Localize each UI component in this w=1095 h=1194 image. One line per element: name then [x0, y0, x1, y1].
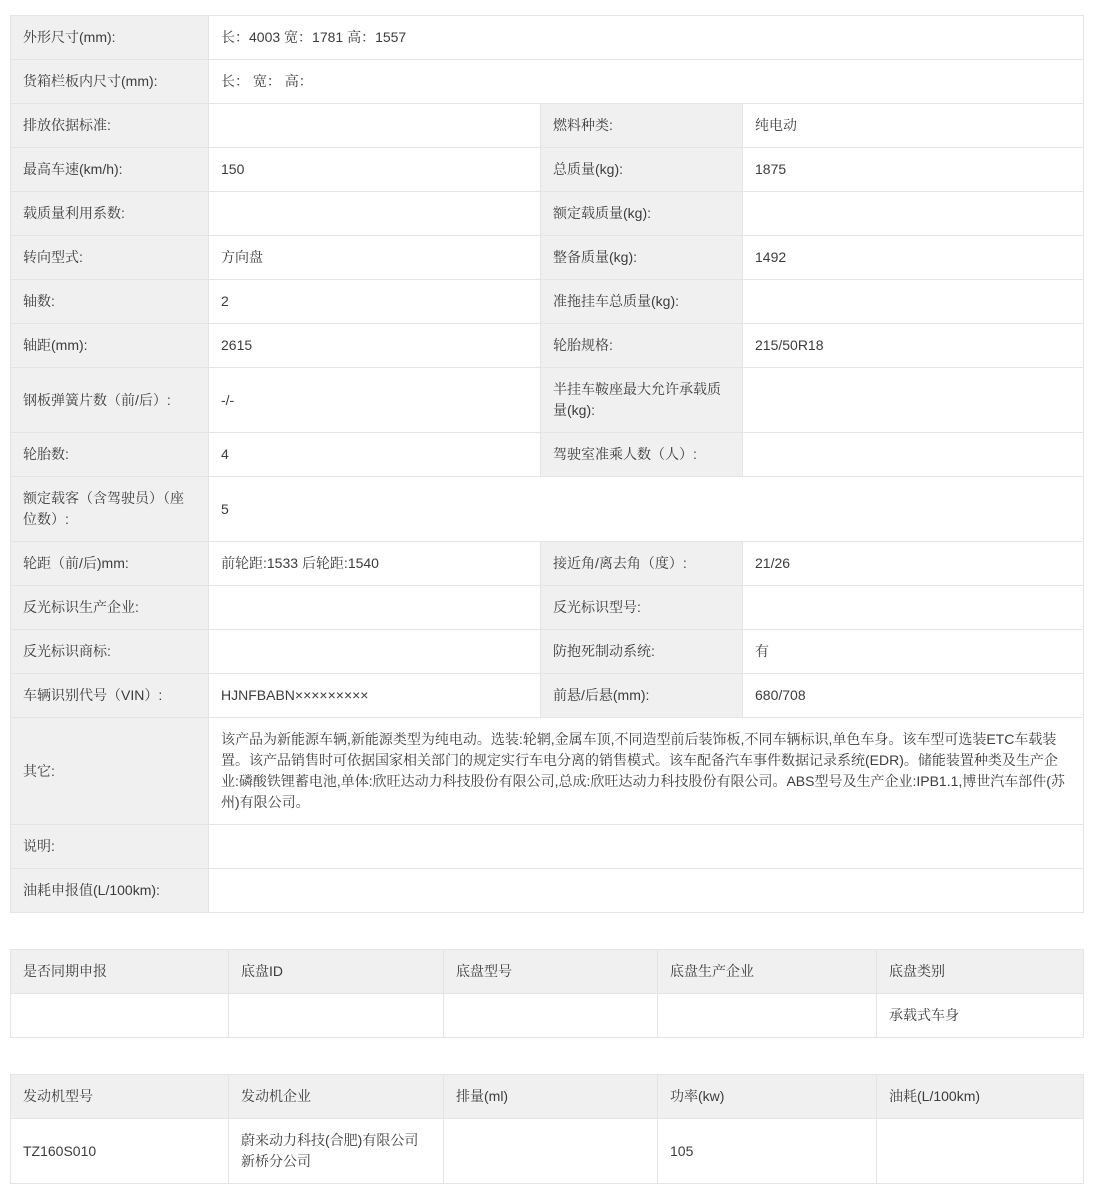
- spec-label: 总质量(kg):: [541, 148, 743, 192]
- spec-label: 准拖挂车总质量(kg):: [541, 280, 743, 324]
- spec-row-cargo-box: 货箱栏板内尺寸(mm): 长： 宽： 高：: [11, 60, 1084, 104]
- spec-value: 长： 宽： 高：: [209, 60, 1084, 104]
- spec-row-other: 其它: 该产品为新能源车辆,新能源类型为纯电动。选装:轮辋,金属车顶,不同造型前…: [11, 718, 1084, 825]
- engine-header: 功率(kw): [658, 1075, 877, 1119]
- spec-value: HJNFBABN×××××××××: [209, 674, 541, 718]
- spec-row-dimensions: 外形尺寸(mm): 长：4003 宽：1781 高：1557: [11, 16, 1084, 60]
- spec-row-vin-overhang: 车辆识别代号（VIN）: HJNFBABN××××××××× 前悬/后悬(mm)…: [11, 674, 1084, 718]
- spec-row-tires-cabseats: 轮胎数: 4 驾驶室准乘人数（人）:: [11, 433, 1084, 477]
- spec-label: 驾驶室准乘人数（人）:: [541, 433, 743, 477]
- spec-value-other-remarks: 该产品为新能源车辆,新能源类型为纯电动。选装:轮辋,金属车顶,不同造型前后装饰板…: [209, 718, 1084, 825]
- spec-value: 纯电动: [743, 104, 1084, 148]
- spec-value: 前轮距:1533 后轮距:1540: [209, 542, 541, 586]
- spec-label: 轴数:: [11, 280, 209, 324]
- spec-value: [209, 192, 541, 236]
- engine-cell-model: TZ160S010: [11, 1119, 229, 1184]
- spec-label: 说明:: [11, 825, 209, 869]
- spec-label: 钢板弹簧片数（前/后）:: [11, 368, 209, 433]
- spec-row-marking-maker-model: 反光标识生产企业: 反光标识型号:: [11, 586, 1084, 630]
- spec-value: 2: [209, 280, 541, 324]
- engine-data-row: TZ160S010 蔚来动力科技(合肥)有限公司新桥分公司 105: [11, 1119, 1084, 1184]
- engine-cell-manufacturer: 蔚来动力科技(合肥)有限公司新桥分公司: [229, 1119, 444, 1184]
- spec-value: 680/708: [743, 674, 1084, 718]
- spec-value: [743, 192, 1084, 236]
- spec-row-loadfactor-ratedload: 载质量利用系数: 额定载质量(kg):: [11, 192, 1084, 236]
- spec-value: 215/50R18: [743, 324, 1084, 368]
- spec-row-seats: 额定载客（含驾驶员）（座位数）: 5: [11, 477, 1084, 542]
- spec-label: 最高车速(km/h):: [11, 148, 209, 192]
- chassis-table: 是否同期申报 底盘ID 底盘型号 底盘生产企业 底盘类别 承载式车身: [10, 949, 1084, 1038]
- spec-label: 燃料种类:: [541, 104, 743, 148]
- spec-label: 整备质量(kg):: [541, 236, 743, 280]
- chassis-header: 是否同期申报: [11, 950, 229, 994]
- spec-label: 前悬/后悬(mm):: [541, 674, 743, 718]
- spec-label: 轮距（前/后)mm:: [11, 542, 209, 586]
- spec-label: 轮胎数:: [11, 433, 209, 477]
- chassis-header-row: 是否同期申报 底盘ID 底盘型号 底盘生产企业 底盘类别: [11, 950, 1084, 994]
- spec-label: 半挂车鞍座最大允许承载质量(kg):: [541, 368, 743, 433]
- chassis-cell: [229, 994, 444, 1038]
- spec-label: 轮胎规格:: [541, 324, 743, 368]
- spec-row-steering-curbweight: 转向型式: 方向盘 整备质量(kg): 1492: [11, 236, 1084, 280]
- spec-row-springs-saddle: 钢板弹簧片数（前/后）: -/- 半挂车鞍座最大允许承载质量(kg):: [11, 368, 1084, 433]
- spec-value: 有: [743, 630, 1084, 674]
- spec-row-emission-fuel: 排放依据标准: 燃料种类: 纯电动: [11, 104, 1084, 148]
- spec-value: 1875: [743, 148, 1084, 192]
- spec-value: 2615: [209, 324, 541, 368]
- spec-value: [743, 280, 1084, 324]
- spec-label: 反光标识型号:: [541, 586, 743, 630]
- spec-value: 21/26: [743, 542, 1084, 586]
- engine-header: 发动机型号: [11, 1075, 229, 1119]
- spec-row-fuel-declared: 油耗申报值(L/100km):: [11, 869, 1084, 913]
- spec-value: [209, 869, 1084, 913]
- spec-label: 转向型式:: [11, 236, 209, 280]
- spec-label: 反光标识生产企业:: [11, 586, 209, 630]
- spec-value: [209, 825, 1084, 869]
- spec-value: 1492: [743, 236, 1084, 280]
- spec-row-axles-trailer: 轴数: 2 准拖挂车总质量(kg):: [11, 280, 1084, 324]
- spec-value: [209, 586, 541, 630]
- spec-value: -/-: [209, 368, 541, 433]
- spec-value: [743, 433, 1084, 477]
- spec-label: 轴距(mm):: [11, 324, 209, 368]
- engine-cell-power: 105: [658, 1119, 877, 1184]
- chassis-header: 底盘型号: [444, 950, 658, 994]
- spec-label: 反光标识商标:: [11, 630, 209, 674]
- chassis-header: 底盘生产企业: [658, 950, 877, 994]
- chassis-header: 底盘类别: [877, 950, 1084, 994]
- engine-header-row: 发动机型号 发动机企业 排量(ml) 功率(kw) 油耗(L/100km): [11, 1075, 1084, 1119]
- spec-value: [209, 104, 541, 148]
- spec-row-speed-mass: 最高车速(km/h): 150 总质量(kg): 1875: [11, 148, 1084, 192]
- chassis-cell: [444, 994, 658, 1038]
- spec-value: [743, 368, 1084, 433]
- spec-value: 方向盘: [209, 236, 541, 280]
- spec-value: [209, 630, 541, 674]
- spec-label: 防抱死制动系统:: [541, 630, 743, 674]
- spec-value: 长：4003 宽：1781 高：1557: [209, 16, 1084, 60]
- engine-header: 油耗(L/100km): [877, 1075, 1084, 1119]
- spec-label: 接近角/离去角（度）:: [541, 542, 743, 586]
- engine-cell-displacement: [444, 1119, 658, 1184]
- spec-row-note: 说明:: [11, 825, 1084, 869]
- spec-label: 油耗申报值(L/100km):: [11, 869, 209, 913]
- spec-label: 额定载质量(kg):: [541, 192, 743, 236]
- engine-header: 发动机企业: [229, 1075, 444, 1119]
- spec-table: 外形尺寸(mm): 长：4003 宽：1781 高：1557 货箱栏板内尺寸(m…: [10, 15, 1084, 913]
- spec-label: 货箱栏板内尺寸(mm):: [11, 60, 209, 104]
- spec-row-wheelbase-tirespec: 轴距(mm): 2615 轮胎规格: 215/50R18: [11, 324, 1084, 368]
- spec-value: [743, 586, 1084, 630]
- spec-label: 车辆识别代号（VIN）:: [11, 674, 209, 718]
- spec-row-track-angles: 轮距（前/后)mm: 前轮距:1533 后轮距:1540 接近角/离去角（度）:…: [11, 542, 1084, 586]
- spec-label: 外形尺寸(mm):: [11, 16, 209, 60]
- chassis-cell-body-type: 承载式车身: [877, 994, 1084, 1038]
- spec-label: 排放依据标准:: [11, 104, 209, 148]
- engine-cell-fuel: [877, 1119, 1084, 1184]
- vehicle-spec-page: 外形尺寸(mm): 长：4003 宽：1781 高：1557 货箱栏板内尺寸(m…: [0, 0, 1095, 1194]
- chassis-header: 底盘ID: [229, 950, 444, 994]
- spec-value: 4: [209, 433, 541, 477]
- chassis-data-row: 承载式车身: [11, 994, 1084, 1038]
- spec-label: 载质量利用系数:: [11, 192, 209, 236]
- spec-label: 额定载客（含驾驶员）（座位数）:: [11, 477, 209, 542]
- chassis-cell: [658, 994, 877, 1038]
- spec-label: 其它:: [11, 718, 209, 825]
- spec-row-marking-brand-abs: 反光标识商标: 防抱死制动系统: 有: [11, 630, 1084, 674]
- spec-value: 150: [209, 148, 541, 192]
- spec-value: 5: [209, 477, 1084, 542]
- engine-table: 发动机型号 发动机企业 排量(ml) 功率(kw) 油耗(L/100km) TZ…: [10, 1074, 1084, 1184]
- engine-header: 排量(ml): [444, 1075, 658, 1119]
- chassis-cell: [11, 994, 229, 1038]
